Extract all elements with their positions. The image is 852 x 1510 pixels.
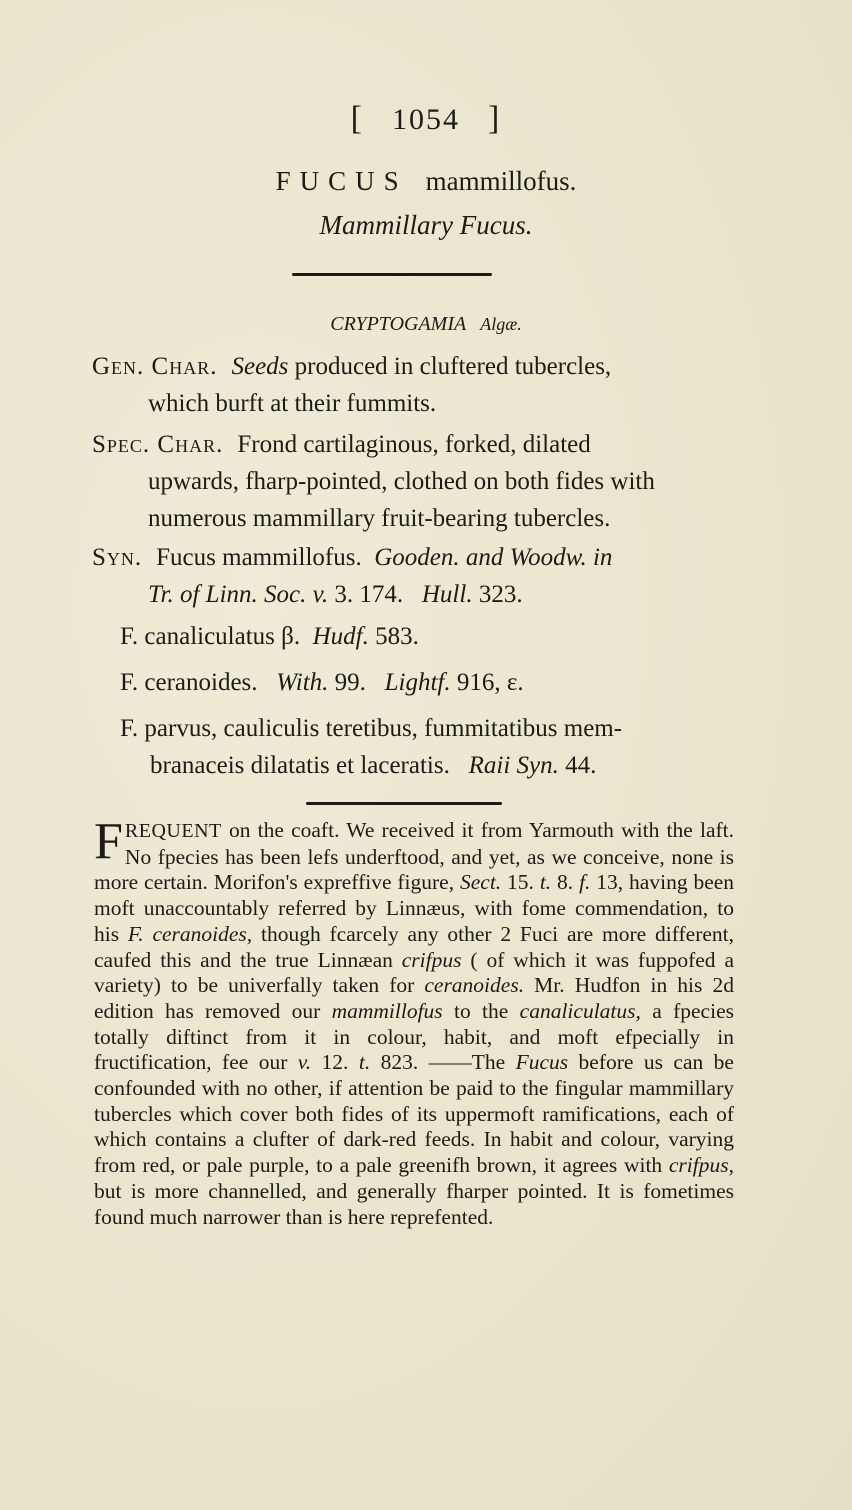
italic-run: v. xyxy=(298,1050,311,1074)
italic-run: crifpus xyxy=(402,948,462,972)
italic-run: F. ceranoides, xyxy=(128,922,252,946)
synonym-num: 99. xyxy=(328,669,366,696)
synonym-num-2: 916, ε. xyxy=(451,669,524,696)
italic-run: mammillofus xyxy=(332,999,443,1023)
description-paragraph: FREQUENT on the coaft. We received it fr… xyxy=(94,818,734,1230)
common-name: Mammillary Fucus. xyxy=(0,210,852,241)
text-run: to the xyxy=(443,999,520,1023)
text-run: 15. xyxy=(501,870,540,894)
synonymy: Syn.Fucus mammillofus. Gooden. and Woodw… xyxy=(92,539,722,613)
spec-char-text-2: upwards, fharp-pointed, clothed on both … xyxy=(92,463,722,500)
synonym-name: F. ceranoides. xyxy=(120,669,258,696)
synonym-num: 583. xyxy=(369,623,419,650)
italic-run: t. xyxy=(359,1050,370,1074)
gen-char-text: produced in cluftered tubercles, xyxy=(288,353,611,380)
page-number-value: 1054 xyxy=(392,103,460,136)
syn-main-name: Fucus mammillofus. xyxy=(156,544,362,571)
synonym-canaliculatus: F. canaliculatus β. Hudf. 583. xyxy=(120,618,730,655)
syn-main-ref1: Gooden. and Woodw. in xyxy=(374,544,612,571)
divider-top xyxy=(292,273,492,276)
bracket-right: ] xyxy=(488,100,501,138)
italic-run: t. xyxy=(540,870,551,894)
synonym-name-line2: branaceis dilatatis et laceratis. xyxy=(150,752,450,779)
drop-cap-rest: REQUENT xyxy=(125,820,222,842)
synonym-num: 44. xyxy=(559,752,597,779)
italic-run: Fucus xyxy=(516,1050,569,1074)
gen-char-italic: Seeds xyxy=(231,353,288,380)
spec-char-label: Spec. Char. xyxy=(92,431,223,458)
synonym-ref: Raii Syn. xyxy=(469,752,559,779)
synonym-ref-2: Lightf. xyxy=(385,669,451,696)
gen-char-text-cont: which burft at their fummits. xyxy=(92,385,722,422)
italic-run: canaliculatus, xyxy=(520,999,641,1023)
text-run: 823. ——The xyxy=(370,1050,515,1074)
syn-main-ref3: Hull. xyxy=(422,581,473,608)
drop-cap: F xyxy=(94,820,123,864)
synonym-ref: With. xyxy=(276,669,328,696)
synonym-parvus: F. parvus, cauliculis teretibus, fummita… xyxy=(120,710,730,784)
species-epithet: mammillofus. xyxy=(426,166,577,196)
italic-run: crifpus, xyxy=(669,1153,734,1177)
divider-bottom xyxy=(306,802,502,805)
classification: CRYPTOGAMIAAlgæ. xyxy=(0,313,852,336)
genus-name: FUCUS xyxy=(276,166,408,196)
text-run: but is more channelled, and generally fh… xyxy=(94,1179,734,1229)
syn-main-ref2: Tr. of Linn. Soc. v. xyxy=(148,581,328,608)
italic-run: ceranoides. xyxy=(424,973,524,997)
synonym-ceranoides: F. ceranoides. With. 99. Lightf. 916, ε. xyxy=(120,664,730,701)
syn-main-ref2-num: 3. 174. xyxy=(328,581,403,608)
page-number: [1054] xyxy=(0,100,852,138)
spec-char-text: Frond cartilaginous, forked, dilated xyxy=(237,431,590,458)
bracket-left: [ xyxy=(351,100,364,138)
syn-label: Syn. xyxy=(92,544,142,571)
synonym-ref: Hudf. xyxy=(313,623,369,650)
syn-main-ref3-num: 323. xyxy=(473,581,523,608)
generic-character: Gen. Char.Seeds produced in cluftered tu… xyxy=(92,348,722,422)
italic-run: Sect. xyxy=(460,870,501,894)
synonym-name: F. canaliculatus β. xyxy=(120,623,300,650)
gen-char-label: Gen. Char. xyxy=(92,353,217,380)
text-run: 12. xyxy=(311,1050,359,1074)
text-run: 8. xyxy=(551,870,579,894)
italic-run: f. xyxy=(579,870,590,894)
spec-char-text-3: numerous mammillary fruit-bearing tuberc… xyxy=(92,500,722,537)
class-name: CRYPTOGAMIA xyxy=(330,313,466,335)
species-title: FUCUSmammillofus. xyxy=(0,166,852,197)
synonym-name-line1: F. parvus, cauliculis teretibus, fummita… xyxy=(120,710,730,747)
order-name: Algæ. xyxy=(480,314,522,334)
specific-character: Spec. Char.Frond cartilaginous, forked, … xyxy=(92,426,722,537)
